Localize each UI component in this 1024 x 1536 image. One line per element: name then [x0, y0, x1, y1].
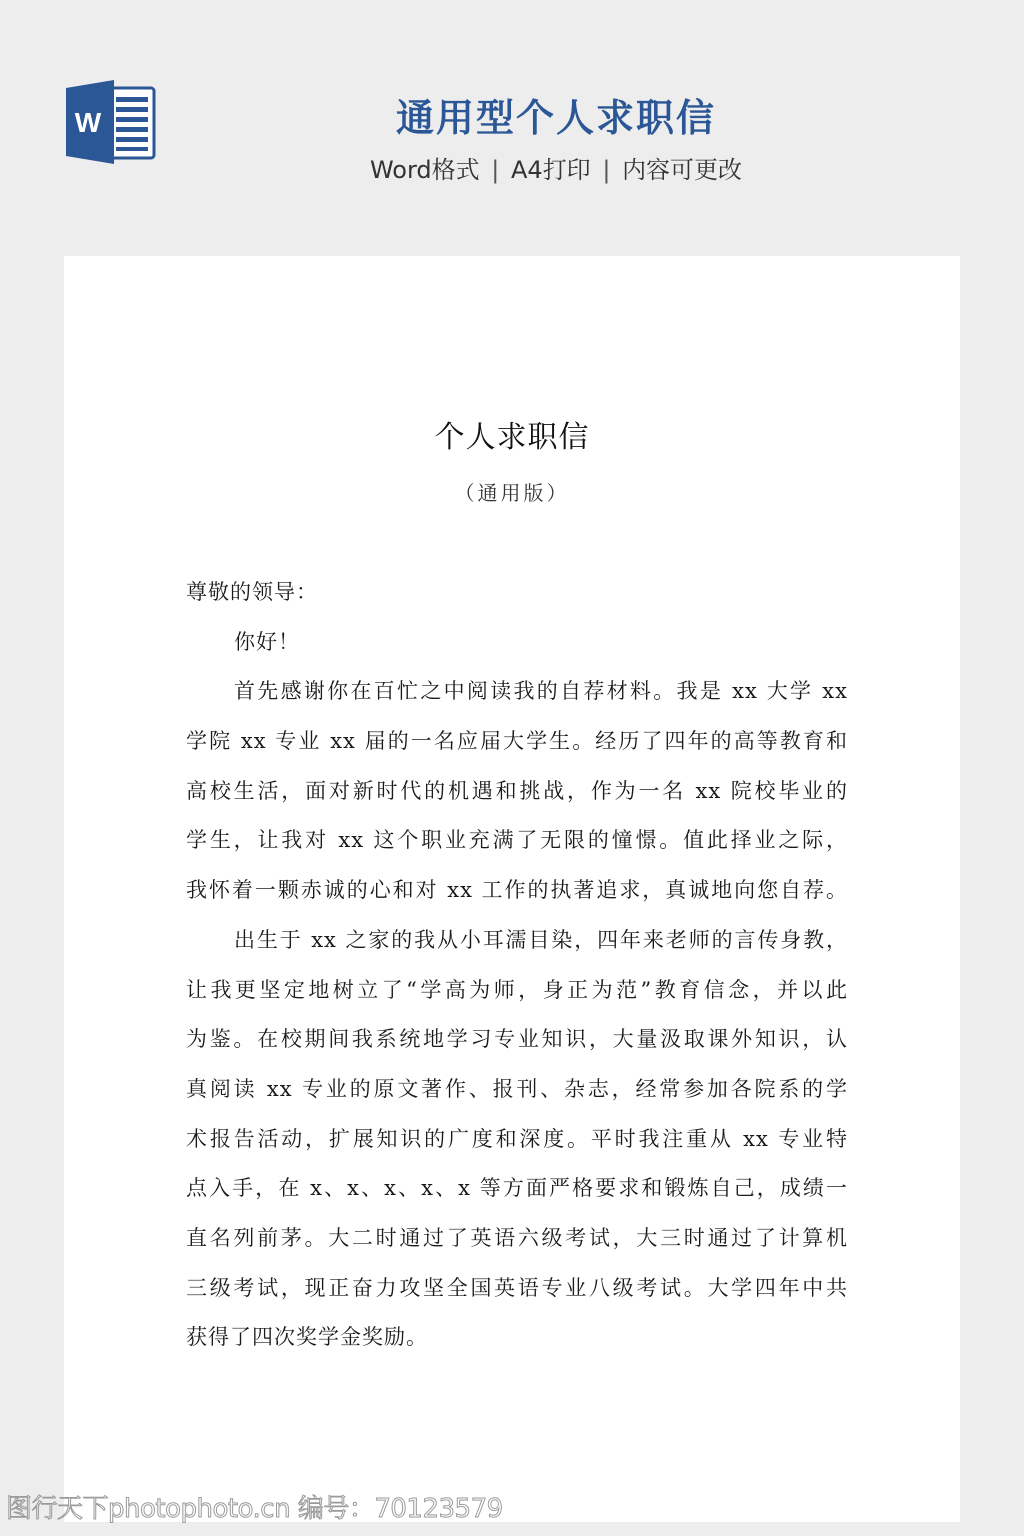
body-line: 首先感谢你在百忙之中阅读我的自荐材料。我是 xx 大学 xx [186, 673, 848, 723]
header-banner: W 通用型个人求职信 Word格式 | A4打印 | 内容可更改 [0, 0, 1024, 256]
body-line: 学院 xx 专业 xx 届的一名应届大学生。经历了四年的高等教育和 [186, 723, 848, 773]
body-line: 高校生活，面对新时代的机遇和挑战，作为一名 xx 院校毕业的 [186, 773, 848, 823]
salutation: 尊敬的领导： [186, 574, 848, 624]
banner-subtitle: Word格式 | A4打印 | 内容可更改 [300, 150, 812, 190]
body-line: 出生于 xx 之家的我从小耳濡目染，四年来老师的言传身教， [186, 922, 848, 972]
svg-text:W: W [75, 107, 102, 138]
document-body: 尊敬的领导： 你好！ 首先感谢你在百忙之中阅读我的自荐材料。我是 xx 大学 x… [186, 574, 848, 1369]
editable-label: 内容可更改 [622, 156, 742, 184]
separator: | [491, 150, 499, 190]
document-page: 个人求职信 （通用版） 尊敬的领导： 你好！ 首先感谢你在百忙之中阅读我的自荐材… [64, 256, 960, 1522]
body-line: 术报告活动，扩展知识的广度和深度。平时我注重从 xx 专业特 [186, 1121, 848, 1171]
body-line: 获得了四次奖学金奖励。 [186, 1319, 848, 1369]
greeting: 你好！ [186, 624, 848, 674]
body-line: 让我更坚定地树立了“学高为师，身正为范”教育信念，并以此 [186, 972, 848, 1022]
body-line: 直名列前茅。大二时通过了英语六级考试，大三时通过了计算机 [186, 1220, 848, 1270]
body-line: 学生，让我对 xx 这个职业充满了无限的憧憬。值此择业之际， [186, 822, 848, 872]
word-document-icon: W [64, 80, 156, 164]
format-label: Word格式 [370, 156, 480, 184]
body-line: 我怀着一颗赤诚的心和对 xx 工作的执著追求，真诚地向您自荐。 [186, 872, 848, 922]
body-line: 为鉴。在校期间我系统地学习专业知识，大量汲取课外知识，认 [186, 1021, 848, 1071]
body-line: 真阅读 xx 专业的原文著作、报刊、杂志，经常参加各院系的学 [186, 1071, 848, 1121]
body-line: 三级考试，现正奋力攻坚全国英语专业八级考试。大学四年中共 [186, 1270, 848, 1320]
separator: | [602, 150, 610, 190]
banner-title: 通用型个人求职信 [300, 92, 812, 144]
body-line: 点入手，在 x、x、x、x、x 等方面严格要求和锻炼自己，成绩一 [186, 1170, 848, 1220]
document-subtitle: （通用版） [64, 478, 960, 508]
watermark: 图行天下photophoto.cn 编号：70123579 [6, 1492, 503, 1526]
document-title: 个人求职信 [64, 416, 960, 460]
print-label: A4打印 [511, 156, 591, 184]
